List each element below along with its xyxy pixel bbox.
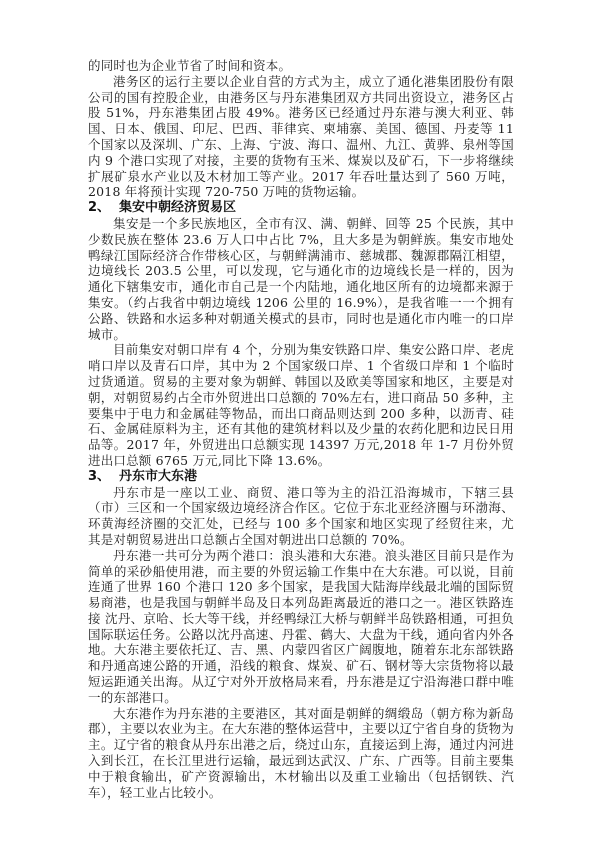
section-title: 丹东市大东港	[119, 469, 197, 484]
paragraph: 大东港作为丹东港的主要港区，其对面是朝鲜的绸缎岛（朝方称为新岛郡），主要以农业为…	[88, 706, 514, 801]
paragraph: 的同时也为企业节省了时间和资本。	[88, 58, 514, 74]
section-heading: 3、丹东市大东港	[88, 469, 514, 485]
paragraph: 丹东市是一座以工业、商贸、港口等为主的沿江沿海城市，下辖三县（市）三区和一个国家…	[88, 485, 514, 548]
paragraph: 目前集安对朝口岸有 4 个，分别为集安铁路口岸、集安公路口岸、老虎哨口岸以及青石…	[88, 342, 514, 468]
section-title: 集安中朝经济贸易区	[119, 200, 236, 215]
section-number: 3、	[88, 469, 110, 484]
paragraph: 集安是一个多民族地区，全市有汉、满、朝鲜、回等 25 个民族，其中少数民族在整体…	[88, 216, 514, 342]
document-body: 的同时也为企业节省了时间和资本。港务区的运行主要以企业自营的方式为主，成立了通化…	[88, 58, 514, 800]
section-number: 2、	[88, 200, 110, 215]
section-heading: 2、集安中朝经济贸易区	[88, 200, 514, 216]
document-page: 的同时也为企业节省了时间和资本。港务区的运行主要以企业自营的方式为主，成立了通化…	[0, 0, 600, 848]
paragraph: 港务区的运行主要以企业自营的方式为主，成立了通化港集团股份有限公司的国有控股企业…	[88, 74, 514, 200]
paragraph: 丹东港一共可分为两个港口：浪头港和大东港。浪头港区目前只是作为简单的采砂船使用港…	[88, 548, 514, 706]
